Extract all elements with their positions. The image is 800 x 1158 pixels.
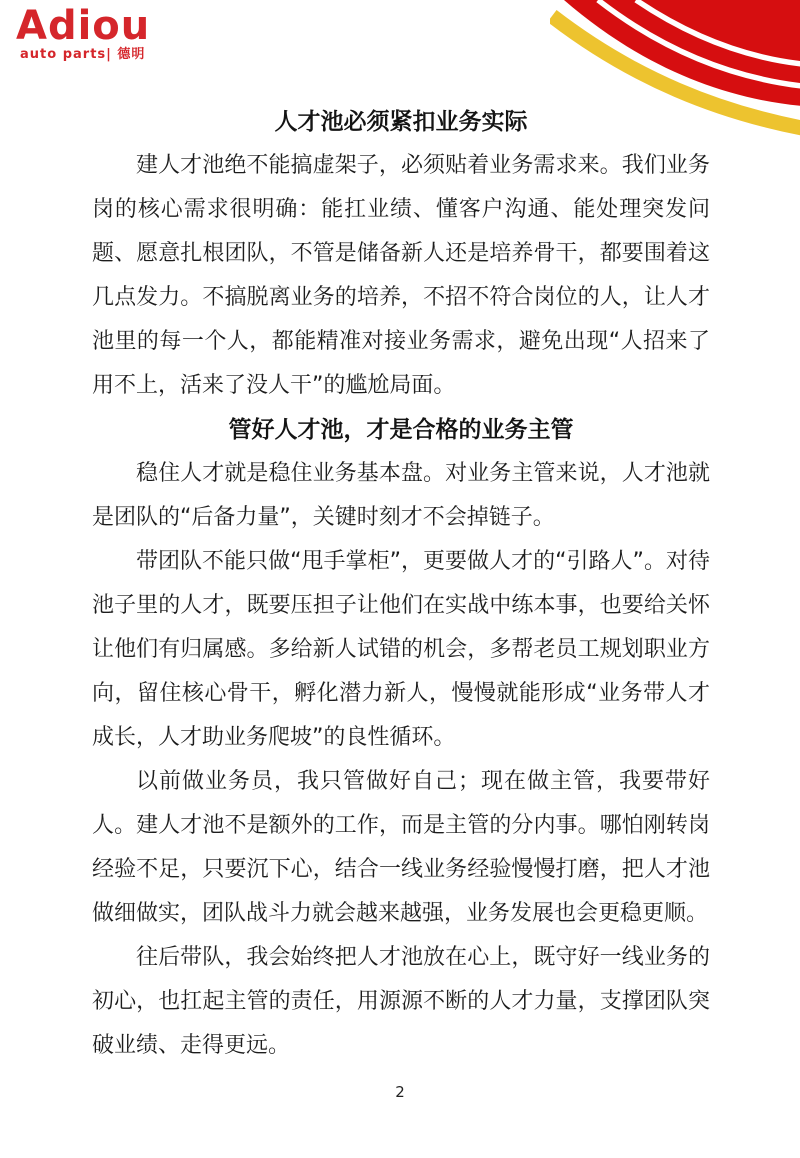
brand-name: Adiou: [16, 6, 150, 46]
paragraph: 带团队不能只做“甩手掌柜”，更要做人才的“引路人”。对待池子里的人才，既要压担子…: [92, 540, 710, 760]
swoosh-decoration-icon: [550, 0, 800, 140]
section-heading-2: 管好人才池，才是合格的业务主管: [92, 408, 710, 452]
page-number: 2: [0, 1083, 800, 1101]
document-body: 人才池必须紧扣业务实际 建人才池绝不能搞虚架子，必须贴着业务需求来。我们业务岗的…: [92, 100, 710, 1068]
paragraph: 以前做业务员，我只管做好自己；现在做主管，我要带好人。建人才池不是额外的工作，而…: [92, 760, 710, 936]
brand-subtitle: auto parts| 德明: [16, 47, 150, 62]
paragraph: 稳住人才就是稳住业务基本盘。对业务主管来说，人才池就是团队的“后备力量”，关键时…: [92, 452, 710, 540]
document-page: Adiou auto parts| 德明 人才池必须紧扣业务实际 建人才池绝不能…: [0, 0, 800, 1158]
paragraph: 往后带队，我会始终把人才池放在心上，既守好一线业务的初心，也扛起主管的责任，用源…: [92, 936, 710, 1068]
paragraph: 建人才池绝不能搞虚架子，必须贴着业务需求来。我们业务岗的核心需求很明确：能扛业绩…: [92, 144, 710, 408]
brand-logo: Adiou auto parts| 德明: [16, 6, 150, 62]
